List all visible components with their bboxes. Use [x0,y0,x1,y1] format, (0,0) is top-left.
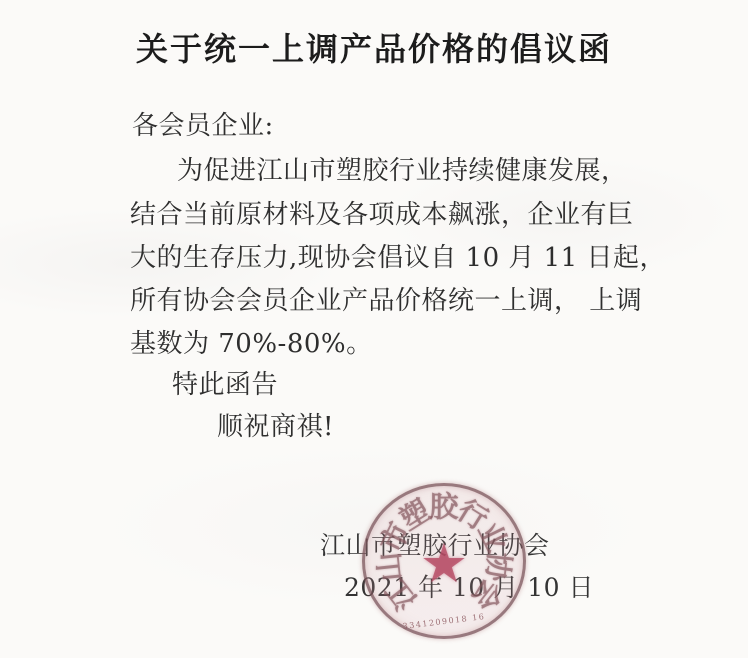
document-title: 关于统一上调产品价格的倡议函 [0,29,748,69]
paragraph-line: 结合当前原材料及各项成本飙涨，企业有巨 [130,199,634,231]
paragraph-line: 为促进江山市塑胶行业持续健康发展， [177,155,628,187]
signature-organization: 江山市塑胶行业协会 [320,526,550,562]
document-page: 关于统一上调产品价格的倡议函 各会员企业: 为促进江山市塑胶行业持续健康发展， … [0,0,748,658]
paragraph-line: 所有协会会员企业产品价格统一上调， 上调 [130,285,642,317]
seal-ring-char: 胶 [429,485,458,526]
salutation-line: 各会员企业: [132,110,274,142]
closing-line-notice: 特此函告 [172,369,278,401]
closing-line-wishes: 顺祝商祺! [217,411,334,443]
paragraph-line: 大的生存压力,现协会倡议自 10 月 11 日起， [130,242,666,274]
signature-date: 2021 年 10 月 10 日 [344,568,594,604]
seal-serial-number: 3341209018 16 [402,612,486,631]
paragraph-line: 基数为 70%-80%。 [130,328,373,360]
